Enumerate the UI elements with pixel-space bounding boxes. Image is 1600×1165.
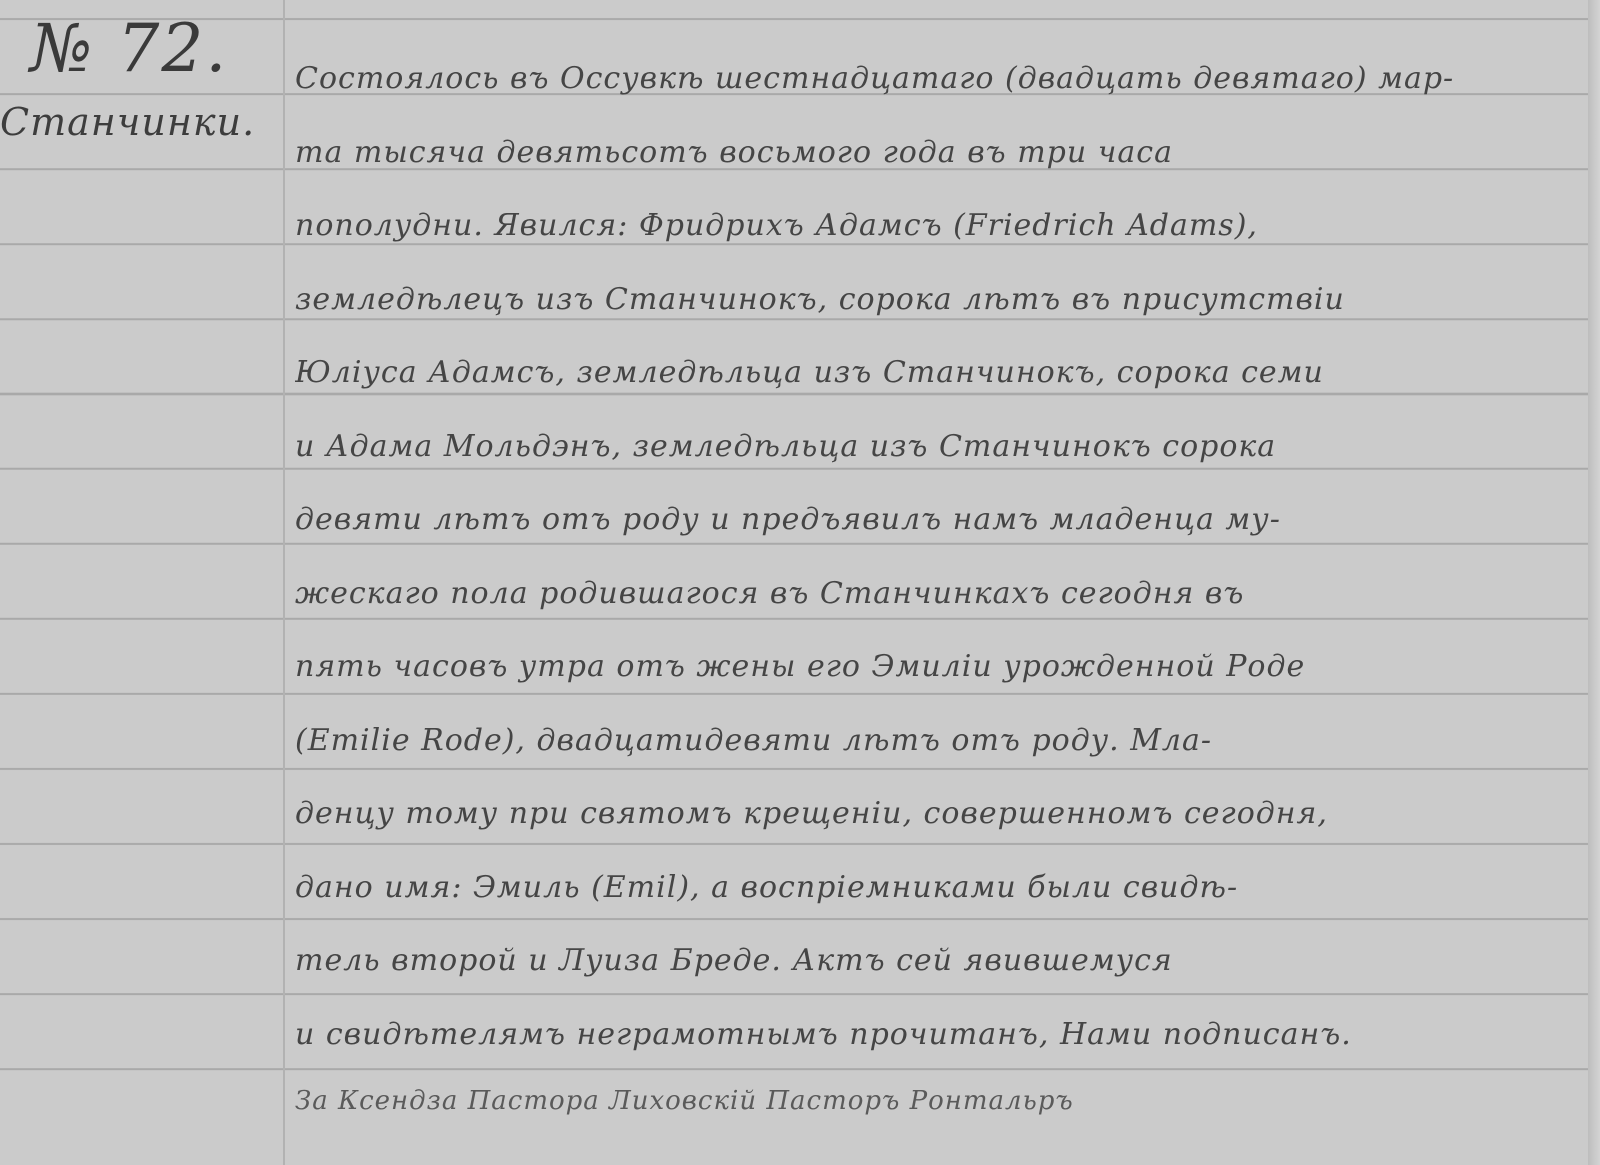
record-number: № 72. — [30, 10, 228, 87]
register-page: № 72. Станчинки. Состоялось въ Оссувкѣ ш… — [0, 0, 1590, 1165]
village-name: Станчинки. — [0, 100, 255, 144]
text-line: та тысяча девятьсотъ восьмого года въ тр… — [295, 116, 1585, 190]
text-line: и Адама Мольдэнъ, земледѣльца изъ Станчи… — [295, 410, 1585, 484]
text-line: денцу тому при святомъ крещеніи, соверше… — [295, 777, 1585, 851]
text-line: жескаго пола родившагося въ Станчинкахъ … — [295, 557, 1585, 631]
text-line: пять часовъ утра отъ жены его Эмиліи уро… — [295, 630, 1585, 704]
text-line: тель второй и Луиза Бреде. Актъ сей явив… — [295, 924, 1585, 998]
text-line: земледѣлецъ изъ Станчинокъ, сорока лѣтъ … — [295, 263, 1585, 337]
record-text: Состоялось въ Оссувкѣ шестнадцатаго (два… — [295, 42, 1585, 1131]
text-line: дано имя: Эмиль (Emil), а воспріемниками… — [295, 851, 1585, 925]
page-edge — [1588, 0, 1600, 1165]
text-line: Состоялось въ Оссувкѣ шестнадцатаго (два… — [295, 42, 1585, 116]
text-line: Юліуса Адамсъ, земледѣльца изъ Станчинок… — [295, 336, 1585, 410]
text-line: пополудни. Явился: Фридрихъ Адамсъ (Frie… — [295, 189, 1585, 263]
text-line: (Emilie Rode), двадцатидевяти лѣтъ отъ р… — [295, 704, 1585, 778]
text-line: и свидѣтелямъ неграмотнымъ прочитанъ, На… — [295, 998, 1585, 1072]
text-line: девяти лѣтъ отъ роду и предъявилъ намъ м… — [295, 483, 1585, 557]
margin-rule — [283, 0, 285, 1165]
signature-line: За Ксендза Пастора Лиховскій Пасторъ Рон… — [295, 1071, 1585, 1131]
